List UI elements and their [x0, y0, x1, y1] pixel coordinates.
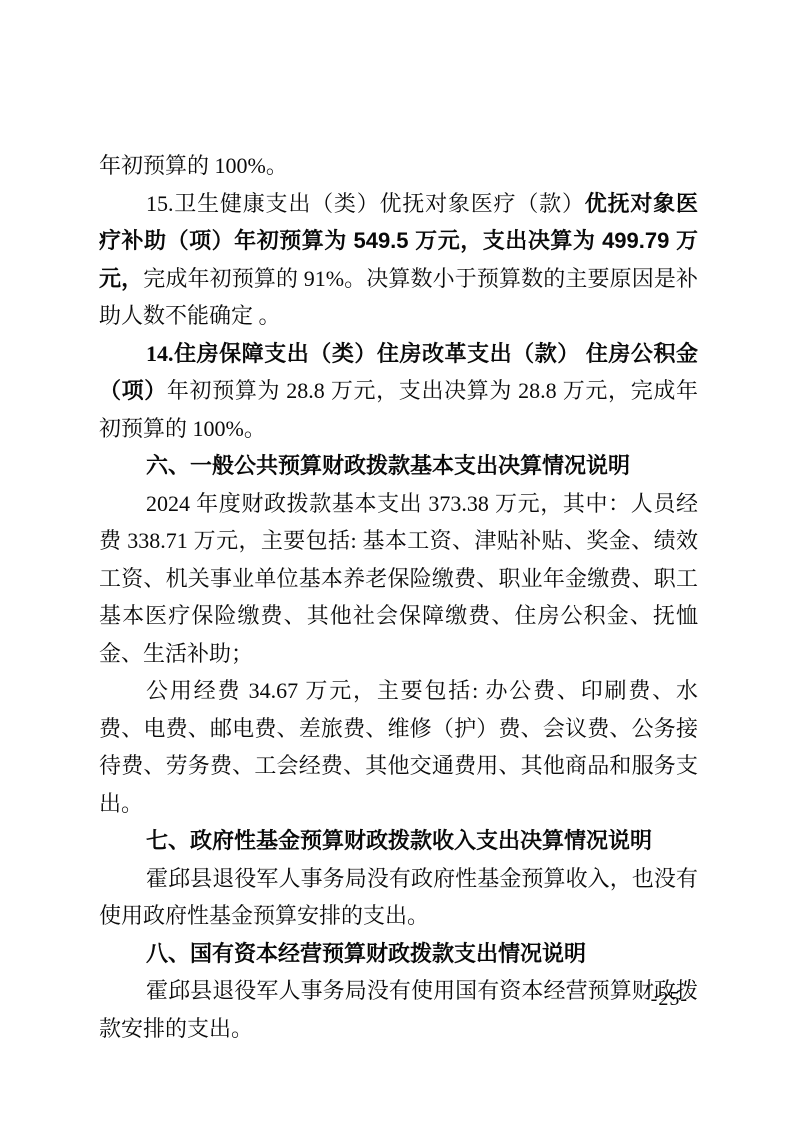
paragraph-state-capital: 霍邱县退役军人事务局没有使用国有资本经营预算财政拨款安排的支出。: [99, 972, 698, 1047]
text-run: 六、一般公共预算财政拨款基本支出决算情况说明: [146, 453, 630, 478]
text-run: 2024 年度财政拨款基本支出 373.38 万元，其中：人员经费 338.71…: [99, 491, 698, 666]
paragraph-public-funds: 公用经费 34.67 万元，主要包括: 办公费、印刷费、水费、电费、邮电费、差旅…: [99, 672, 698, 822]
text-run: 15.卫生健康支出（类）优抚对象医疗（款）: [146, 191, 585, 216]
paragraph-carryover: 年初预算的 100%。: [99, 147, 698, 185]
text-run: 八、国有资本经营预算财政拨款支出情况说明: [146, 941, 586, 966]
heading-section-7: 七、政府性基金预算财政拨款收入支出决算情况说明: [99, 822, 698, 860]
heading-section-8: 八、国有资本经营预算财政拨款支出情况说明: [99, 935, 698, 973]
paragraph-government-fund: 霍邱县退役军人事务局没有政府性基金预算收入，也没有使用政府性基金预算安排的支出。: [99, 860, 698, 935]
document-page: 年初预算的 100%。 15.卫生健康支出（类）优抚对象医疗（款）优抚对象医疗补…: [0, 0, 793, 1122]
heading-section-6: 六、一般公共预算财政拨款基本支出决算情况说明: [99, 447, 698, 485]
paragraph-item-15: 15.卫生健康支出（类）优抚对象医疗（款）优抚对象医疗补助（项）年初预算为 54…: [99, 185, 698, 335]
text-run: 七、政府性基金预算财政拨款收入支出决算情况说明: [146, 828, 652, 853]
page-number: -25-: [651, 988, 688, 1011]
text-run: 霍邱县退役军人事务局没有使用国有资本经营预算财政拨款安排的支出。: [99, 978, 698, 1041]
text-run: 年初预算的 100%。: [99, 153, 288, 178]
text-run: 完成年初预算的 91%。决算数小于预算数的主要原因是补助人数不能确定 。: [99, 266, 698, 329]
text-run: 年初预算为 28.8 万元，支出决算为 28.8 万元，完成年初预算的 100%…: [99, 378, 698, 441]
paragraph-basic-expenditure: 2024 年度财政拨款基本支出 373.38 万元，其中：人员经费 338.71…: [99, 485, 698, 673]
paragraph-item-14: 14.住房保障支出（类）住房改革支出（款） 住房公积金（项）年初预算为 28.8…: [99, 335, 698, 448]
text-run: 霍邱县退役军人事务局没有政府性基金预算收入，也没有使用政府性基金预算安排的支出。: [99, 866, 698, 929]
text-run: 公用经费 34.67 万元，主要包括: 办公费、印刷费、水费、电费、邮电费、差旅…: [99, 678, 698, 816]
document-body: 年初预算的 100%。 15.卫生健康支出（类）优抚对象医疗（款）优抚对象医疗补…: [99, 147, 698, 1047]
